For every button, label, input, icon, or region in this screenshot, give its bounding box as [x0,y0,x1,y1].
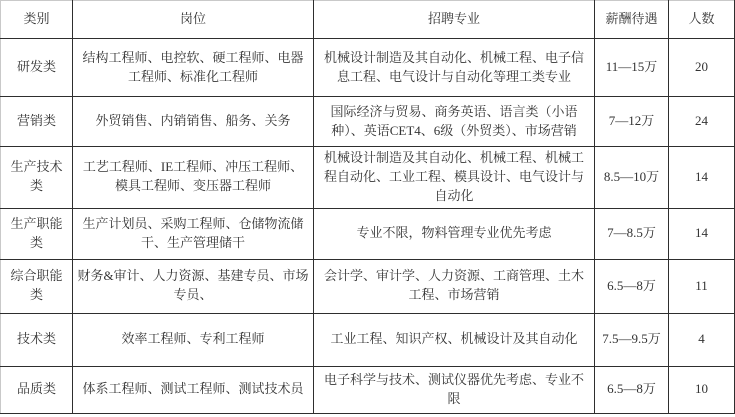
header-cell-category: 类别 [1,1,73,39]
table-cell-position: 结构工程师、电控软、硬工程师、电器工程师、标准化工程师 [73,39,314,97]
table-cell-major: 电子科学与技术、测试仪器优先考虑、专业不限 [314,366,595,413]
table-cell-major: 专业不限，物料管理专业优先考虑 [314,208,595,259]
table-cell-salary: 7.5—9.5万 [595,313,669,366]
table-row: 综合职能类财务&审计、人力资源、基建专员、市场专员、会计学、审计学、人力资源、工… [1,259,735,313]
table-cell-category: 研发类 [1,39,73,97]
table-body: 研发类结构工程师、电控软、硬工程师、电器工程师、标准化工程师机械设计制造及其自动… [1,39,735,414]
table-cell-category: 品质类 [1,366,73,413]
table-row: 技术类效率工程师、专利工程师工业工程、知识产权、机械设计及其自动化7.5—9.5… [1,313,735,366]
table-cell-salary: 6.5—8万 [595,366,669,413]
table-cell-position: 体系工程师、测试工程师、测试技术员 [73,366,314,413]
recruitment-page: 类别 岗位 招聘专业 薪酬待遇 人数 研发类结构工程师、电控软、硬工程师、电器工… [0,0,735,417]
table-cell-category: 综合职能类 [1,259,73,313]
table-row: 研发类结构工程师、电控软、硬工程师、电器工程师、标准化工程师机械设计制造及其自动… [1,39,735,97]
table-row: 生产职能类生产计划员、采购工程师、仓储物流储干、生产管理储干专业不限，物料管理专… [1,208,735,259]
table-cell-category: 营销类 [1,97,73,147]
table-cell-major: 会计学、审计学、人力资源、工商管理、土木工程、市场营销 [314,259,595,313]
header-cell-count: 人数 [669,1,735,39]
recruitment-table: 类别 岗位 招聘专业 薪酬待遇 人数 研发类结构工程师、电控软、硬工程师、电器工… [0,0,735,414]
table-cell-category: 技术类 [1,313,73,366]
table-cell-major: 机械设计制造及其自动化、机械工程、电子信息工程、电气设计与自动化等理工类专业 [314,39,595,97]
table-cell-count: 10 [669,366,735,413]
table-cell-count: 24 [669,97,735,147]
table-cell-category: 生产技术类 [1,147,73,209]
table-cell-position: 财务&审计、人力资源、基建专员、市场专员、 [73,259,314,313]
table-cell-position: 生产计划员、采购工程师、仓储物流储干、生产管理储干 [73,208,314,259]
header-cell-salary: 薪酬待遇 [595,1,669,39]
table-cell-category: 生产职能类 [1,208,73,259]
table-row: 品质类体系工程师、测试工程师、测试技术员电子科学与技术、测试仪器优先考虑、专业不… [1,366,735,413]
table-cell-major: 工业工程、知识产权、机械设计及其自动化 [314,313,595,366]
header-cell-major: 招聘专业 [314,1,595,39]
table-cell-count: 14 [669,147,735,209]
table-cell-salary: 8.5—10万 [595,147,669,209]
table-cell-count: 20 [669,39,735,97]
table-cell-salary: 11—15万 [595,39,669,97]
table-cell-major: 国际经济与贸易、商务英语、语言类（小语种）、英语CET4、6级（外贸类）、市场营… [314,97,595,147]
table-row: 生产技术类工艺工程师、IE工程师、冲压工程师、模具工程师、变压器工程师机械设计制… [1,147,735,209]
table-cell-salary: 7—12万 [595,97,669,147]
header-row: 类别 岗位 招聘专业 薪酬待遇 人数 [1,1,735,39]
table-row: 营销类外贸销售、内销销售、船务、关务国际经济与贸易、商务英语、语言类（小语种）、… [1,97,735,147]
table-cell-position: 效率工程师、专利工程师 [73,313,314,366]
table-cell-count: 14 [669,208,735,259]
table-header: 类别 岗位 招聘专业 薪酬待遇 人数 [1,1,735,39]
table-cell-salary: 6.5—8万 [595,259,669,313]
table-cell-major: 机械设计制造及其自动化、机械工程、机械工程自动化、工业工程、模具设计、电气设计与… [314,147,595,209]
table-cell-salary: 7—8.5万 [595,208,669,259]
table-cell-count: 11 [669,259,735,313]
table-cell-position: 外贸销售、内销销售、船务、关务 [73,97,314,147]
table-cell-count: 4 [669,313,735,366]
header-cell-position: 岗位 [73,1,314,39]
table-cell-position: 工艺工程师、IE工程师、冲压工程师、模具工程师、变压器工程师 [73,147,314,209]
